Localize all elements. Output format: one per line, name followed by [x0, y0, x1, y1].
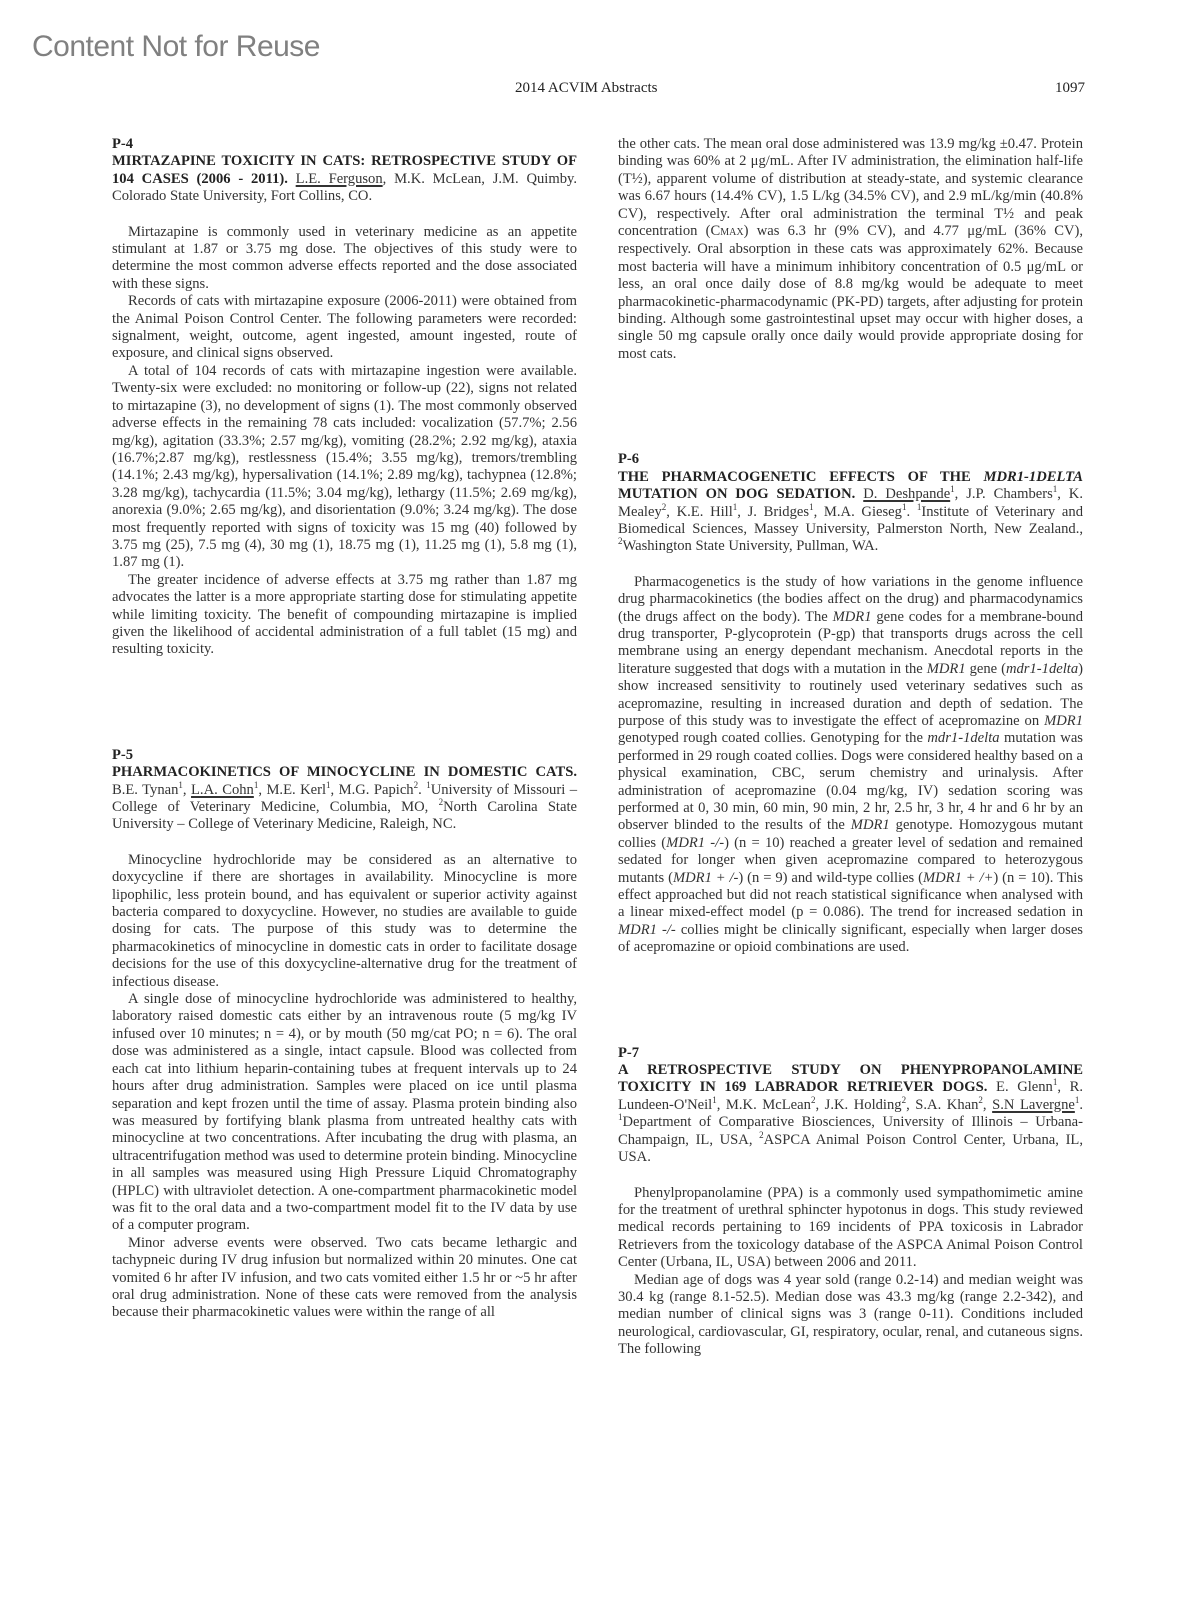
abstract-id: P-6 [618, 451, 1083, 468]
abstract-paragraph: Minor adverse events were observed. Two … [112, 1235, 577, 1322]
author: , M.E. Kerl [258, 782, 326, 798]
journal-section-title: 2014 ACVIM Abstracts [515, 80, 658, 97]
abstract-continuation: the other cats. The mean oral dose admin… [618, 136, 1083, 363]
abstract-heading: PHARMACOKINETICS OF MINOCYCLINE IN DOMES… [112, 764, 577, 834]
abstract-id: P-5 [112, 747, 577, 764]
abstract-p6: P-6 THE PHARMACOGENETIC EFFECTS OF THE M… [618, 451, 1083, 956]
abstract-p4: P-4 MIRTAZAPINE TOXICITY IN CATS: RETROS… [112, 136, 577, 659]
abstract-paragraph: The greater incidence of adverse effects… [112, 572, 577, 659]
author: , M.G. Papich [331, 782, 414, 798]
presenting-author: D. Deshpande [863, 486, 950, 502]
right-column: the other cats. The mean oral dose admin… [618, 136, 1083, 1359]
abstract-heading: MIRTAZAPINE TOXICITY IN CATS: RETROSPECT… [112, 153, 577, 205]
abstract-paragraph: Mirtazapine is commonly used in veterina… [112, 224, 577, 294]
abstract-paragraph: Records of cats with mirtazapine exposur… [112, 293, 577, 363]
abstract-heading: THE PHARMACOGENETIC EFFECTS OF THE MDR1-… [618, 469, 1083, 556]
presenting-author: S.N Lavergne [992, 1097, 1075, 1113]
abstract-paragraph: Pharmacogenetics is the study of how var… [618, 574, 1083, 957]
abstract-id: P-7 [618, 1045, 1083, 1062]
abstract-paragraph: Median age of dogs was 4 year sold (rang… [618, 1272, 1083, 1359]
presenting-author: L.A. Cohn [191, 782, 254, 798]
abstract-paragraph: A single dose of minocycline hydrochlori… [112, 991, 577, 1235]
abstract-p7: P-7 A RETROSPECTIVE STUDY ON PHENYPROPAN… [618, 1045, 1083, 1359]
abstract-paragraph: Minocycline hydrochloride may be conside… [112, 852, 577, 991]
abstract-p5: P-5 PHARMACOKINETICS OF MINOCYCLINE IN D… [112, 747, 577, 1322]
affiliation: Washington State University, Pullman, WA… [623, 538, 879, 554]
abstract-title: PHARMACOKINETICS OF MINOCYCLINE IN DOMES… [112, 764, 577, 780]
left-column: P-4 MIRTAZAPINE TOXICITY IN CATS: RETROS… [112, 136, 577, 1322]
abstract-paragraph: A total of 104 records of cats with mirt… [112, 363, 577, 572]
watermark: Content Not for Reuse [32, 30, 320, 64]
presenting-author: L.E. Ferguson [296, 171, 383, 187]
page-number: 1097 [1055, 80, 1085, 97]
abstract-paragraph: Phenylpropanolamine (PPA) is a commonly … [618, 1185, 1083, 1272]
abstract-heading: A RETROSPECTIVE STUDY ON PHENYPROPANOLAM… [618, 1062, 1083, 1166]
author: B.E. Tynan [112, 782, 178, 798]
abstract-id: P-4 [112, 136, 577, 153]
